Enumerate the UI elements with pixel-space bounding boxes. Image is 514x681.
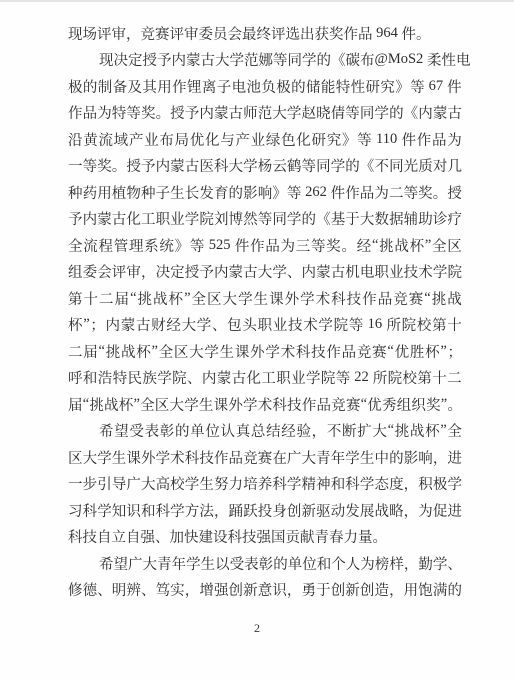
text-line: 二届“挑战杯”全区大学生课外学术科技作品竞赛“优胜杯”； bbox=[68, 338, 462, 365]
text-line: 希望广大青年学生以受表彰的单位和个人为榜样，勤学、 bbox=[68, 550, 462, 577]
text-line: 种药用植物种子生长发育的影响》等 262 件作品为二等奖。授 bbox=[68, 179, 462, 206]
text-line: 修德、明辨、笃实，增强创新意识，勇于创新创造，用饱满的 bbox=[68, 577, 462, 604]
text-line: 现决定授予内蒙古大学范娜等同学的《碳布@MoS2 柔性电 bbox=[68, 47, 462, 74]
text-line: 届“挑战杯”全区大学生课外学术科技作品竞赛“优秀组织奖”。 bbox=[68, 391, 462, 418]
text-line: 极的制备及其用作锂离子电池负极的储能特性研究》等 67 件 bbox=[68, 73, 462, 100]
page-number: 2 bbox=[0, 621, 514, 636]
text-line: 杯”；内蒙古财经大学、包头职业技术学院等 16 所院校第十 bbox=[68, 312, 462, 339]
text-line: 习科学知识和科学方法，踊跃投身创新驱动发展战略，为促进 bbox=[68, 497, 462, 524]
text-line: 予内蒙古化工职业学院刘博然等同学的《基于大数据辅助诊疗 bbox=[68, 206, 462, 233]
text-line: 一步引导广大高校学生努力培养科学精神和科学态度，积极学 bbox=[68, 471, 462, 498]
document-text-block: 现场评审，竞赛评审委员会最终评选出获奖作品 964 件。现决定授予内蒙古大学范娜… bbox=[68, 20, 462, 603]
text-line: 组委会评审，决定授予内蒙古大学、内蒙古机电职业技术学院 bbox=[68, 259, 462, 286]
text-line: 现场评审，竞赛评审委员会最终评选出获奖作品 964 件。 bbox=[68, 20, 462, 47]
text-line: 第十二届“挑战杯”全区大学生课外学术科技作品竞赛“挑战 bbox=[68, 285, 462, 312]
text-line: 作品为特等奖。授予内蒙古师范大学赵晓倩等同学的《内蒙古 bbox=[68, 100, 462, 127]
text-line: 一等奖。授予内蒙古医科大学杨云鹤等同学的《不同光质对几 bbox=[68, 153, 462, 180]
text-line: 科技自立自强、加快建设科技强国贡献青春力量。 bbox=[68, 524, 462, 551]
text-line: 呼和浩特民族学院、内蒙古化工职业学院等 22 所院校第十二 bbox=[68, 365, 462, 392]
document-page: 现场评审，竞赛评审委员会最终评选出获奖作品 964 件。现决定授予内蒙古大学范娜… bbox=[0, 0, 514, 681]
text-line: 希望受表彰的单位认真总结经验，不断扩大“挑战杯”全 bbox=[68, 418, 462, 445]
text-line: 区大学生课外学术科技作品竞赛在广大青年学生中的影响，进 bbox=[68, 444, 462, 471]
text-line: 沿黄流域产业布局优化与产业绿色化研究》等 110 件作品为 bbox=[68, 126, 462, 153]
text-line: 全流程管理系统》等 525 件作品为三等奖。经“挑战杯”全区 bbox=[68, 232, 462, 259]
